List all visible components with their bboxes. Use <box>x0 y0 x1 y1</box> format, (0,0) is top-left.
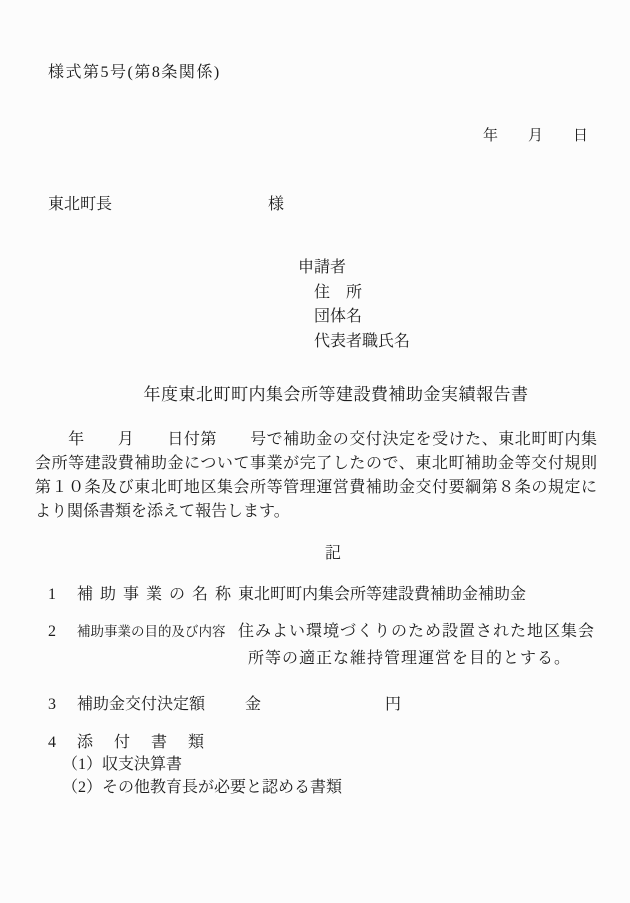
item-row-attachments: 4 添 付 書 類 <box>0 733 630 757</box>
item-label-project-name: 補助事業の名称 <box>77 585 238 605</box>
amount-prefix-kin: 金 <box>245 695 261 715</box>
item-row-project-name: 1 補助事業の名称 東北町町内集会所等建設費補助金補助金 <box>0 585 630 609</box>
body-line-4: より関係書類を添えて報告します。 <box>35 500 597 524</box>
item-value-project-name: 東北町町内集会所等建設費補助金補助金 <box>238 585 526 605</box>
attachment-item-2: （2）その他教育長が必要と認める書類 <box>62 778 342 798</box>
addressee-line: 東北町長 様 <box>48 195 448 215</box>
item-number-4: 4 <box>48 733 56 753</box>
addressee-recipient: 東北町長 <box>48 196 112 213</box>
item-row-grant-amount: 3 補助金交付決定額 金 円 <box>0 695 630 719</box>
form-number: 様式第5号(第8条関係) <box>48 63 221 83</box>
body-line-3: 第１０条及び東北町地区集会所等管理運営費補助金交付要綱第８条の規定に <box>35 476 597 500</box>
item-number-3: 3 <box>48 695 56 715</box>
ki-heading: 記 <box>0 544 630 564</box>
applicant-field-address: 住 所 <box>298 281 410 306</box>
applicant-heading: 申請者 <box>298 256 410 281</box>
item-value-project-purpose-line2: 所等の適正な維持管理運営を目的とする。 <box>248 649 571 669</box>
item-label-attachments: 添 付 書 類 <box>77 733 207 753</box>
document-page: 様式第5号(第8条関係) 年 月 日 東北町長 様 申請者 住 所 団体名 代表… <box>0 0 630 903</box>
item-row-project-purpose: 2 補助事業の目的及び内容 住みよい環境づくりのため設置された地区集会 <box>0 622 630 646</box>
body-paragraph: 年 月 日付第 号で補助金の交付決定を受けた、東北町町内集 会所等建設費補助金に… <box>35 428 597 524</box>
item-label-project-purpose: 補助事業の目的及び内容 <box>77 624 226 641</box>
item-number-2: 2 <box>48 622 56 642</box>
attachment-item-1: （1）収支決算書 <box>62 755 182 775</box>
applicant-block: 申請者 住 所 団体名 代表者職氏名 <box>298 256 410 354</box>
item-label-grant-amount: 補助金交付決定額 <box>77 695 205 715</box>
amount-suffix-yen: 円 <box>385 695 401 715</box>
applicant-field-representative: 代表者職氏名 <box>298 330 410 355</box>
item-value-project-purpose-line1: 住みよい環境づくりのため設置された地区集会 <box>238 622 595 642</box>
body-line-1: 年 月 日付第 号で補助金の交付決定を受けた、東北町町内集 <box>35 428 597 452</box>
addressee-honorific: 様 <box>268 195 284 215</box>
date-line: 年 月 日 <box>483 127 588 146</box>
item-number-1: 1 <box>48 585 56 605</box>
applicant-field-organization: 団体名 <box>298 305 410 330</box>
body-line-2: 会所等建設費補助金について事業が完了したので、東北町補助金等交付規則 <box>35 452 597 476</box>
document-title: 年度東北町町内集会所等建設費補助金実績報告書 <box>0 384 630 405</box>
